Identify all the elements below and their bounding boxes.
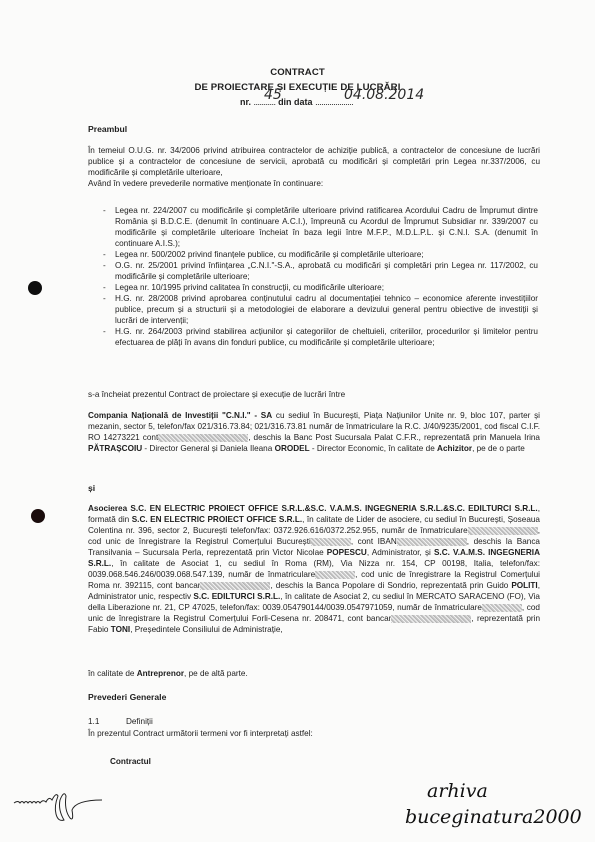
- party1-text: - Director General și Daniela Ileana: [142, 444, 274, 453]
- party1-name: Compania Națională de Investiții "C.N.I.…: [88, 411, 272, 420]
- redacted-iban: [397, 538, 467, 546]
- party1-text: , deschis la Banc Post Sucursala Palat C…: [248, 433, 540, 442]
- law-item: O.G. nr. 25/2001 privind înființarea „C.…: [103, 260, 538, 282]
- party2-rep1: POPESCU: [327, 548, 367, 557]
- watermark-line2: buceginatura2000: [405, 804, 582, 830]
- watermark: arhiva buceginatura2000: [405, 778, 582, 830]
- redacted-account: [200, 582, 270, 590]
- signature-icon: [12, 783, 132, 833]
- party1-role: Achizitor: [437, 444, 472, 453]
- party2-role: Antreprenor: [137, 669, 184, 678]
- party2-associate2: S.C. EDILTURCI S.R.L.: [193, 592, 280, 601]
- party2-rep2: POLITI: [511, 581, 537, 590]
- party1-text: - Director Economic, în calitate de: [310, 444, 437, 453]
- and-word: și: [88, 483, 95, 493]
- handwritten-contract-number: 45: [264, 87, 282, 103]
- redacted-registration: [315, 571, 355, 579]
- preamble-intro: În temeiul O.U.G. nr. 34/2006 privind at…: [88, 145, 540, 178]
- redacted-registration: [468, 527, 538, 535]
- law-item: H.G. nr. 264/2003 privind stabilirea acț…: [103, 326, 538, 348]
- document-page: CONTRACT DE PROIECTARE ȘI EXECUȚIE DE LU…: [0, 0, 595, 842]
- date-label: din data: [278, 97, 313, 107]
- redacted-account: [158, 434, 248, 442]
- watermark-line1: arhiva: [405, 778, 582, 804]
- party1-paragraph: Compania Națională de Investiții "C.N.I.…: [88, 410, 540, 454]
- section-heading: 1.1 Definiții: [88, 716, 540, 727]
- redacted-account: [391, 615, 471, 623]
- section-number: 1.1: [88, 717, 99, 726]
- law-item: Legea nr. 500/2002 privind finanțele pub…: [103, 249, 538, 260]
- party2-text: , cont IBAN: [351, 537, 397, 546]
- party1-rep2: ORODEL: [275, 444, 310, 453]
- handwritten-contract-date: 04.08.2014: [344, 87, 424, 103]
- party1-rep1: PĂTRAȘCOIU: [88, 444, 142, 453]
- role-text: , pe de altă parte.: [184, 669, 248, 678]
- punch-hole-icon: [28, 281, 42, 295]
- party2-association-name: Asocierea S.C. EN ELECTRIC PROIECT OFFIC…: [88, 504, 538, 513]
- party2-text: , deschis la Banca Popolare di Sondrio, …: [270, 581, 511, 590]
- preamble-considering: Având în vedere prevederile normative me…: [88, 178, 540, 189]
- law-item: Legea nr. 10/1995 privind calitatea în c…: [103, 282, 538, 293]
- concluded-text: s-a încheiat prezentul Contract de proie…: [88, 389, 540, 400]
- party2-text: , Președintele Consiliului de Administra…: [130, 625, 282, 634]
- contract-number-line: nr. ........... din data ...............…: [240, 97, 353, 107]
- party2-paragraph: Asocierea S.C. EN ELECTRIC PROIECT OFFIC…: [88, 503, 540, 635]
- laws-list: Legea nr. 224/2007 cu modificările și co…: [103, 205, 538, 348]
- law-item: H.G. nr. 28/2008 privind aprobarea conți…: [103, 293, 538, 326]
- party2-text: , Administrator, și: [367, 548, 434, 557]
- party2-rep3: TONI: [111, 625, 130, 634]
- number-label: nr.: [240, 97, 251, 107]
- party1-text: , pe de o parte: [472, 444, 525, 453]
- law-item: Legea nr. 224/2007 cu modificările și co…: [103, 205, 538, 249]
- party2-role-line: în calitate de Antreprenor, pe de altă p…: [88, 668, 540, 679]
- redacted-cui: [311, 538, 351, 546]
- contract-subtitle: DE PROIECTARE ȘI EXECUȚIE DE LUCRĂRI: [0, 82, 595, 93]
- term-contract: Contractul: [110, 757, 151, 766]
- definitions-intro: În prezentul Contract următorii termeni …: [88, 728, 540, 739]
- role-text: în calitate de: [88, 669, 137, 678]
- redacted-registration: [482, 604, 522, 612]
- general-provisions-heading: Prevederi Generale: [88, 692, 166, 702]
- party2-lead-company: S.C. EN ELECTRIC PROIECT OFFICE S.R.L.: [132, 515, 302, 524]
- punch-hole-icon: [31, 509, 45, 523]
- contract-title: CONTRACT: [0, 67, 595, 78]
- preamble-heading: Preambul: [88, 124, 127, 134]
- section-title: Definiții: [126, 717, 153, 726]
